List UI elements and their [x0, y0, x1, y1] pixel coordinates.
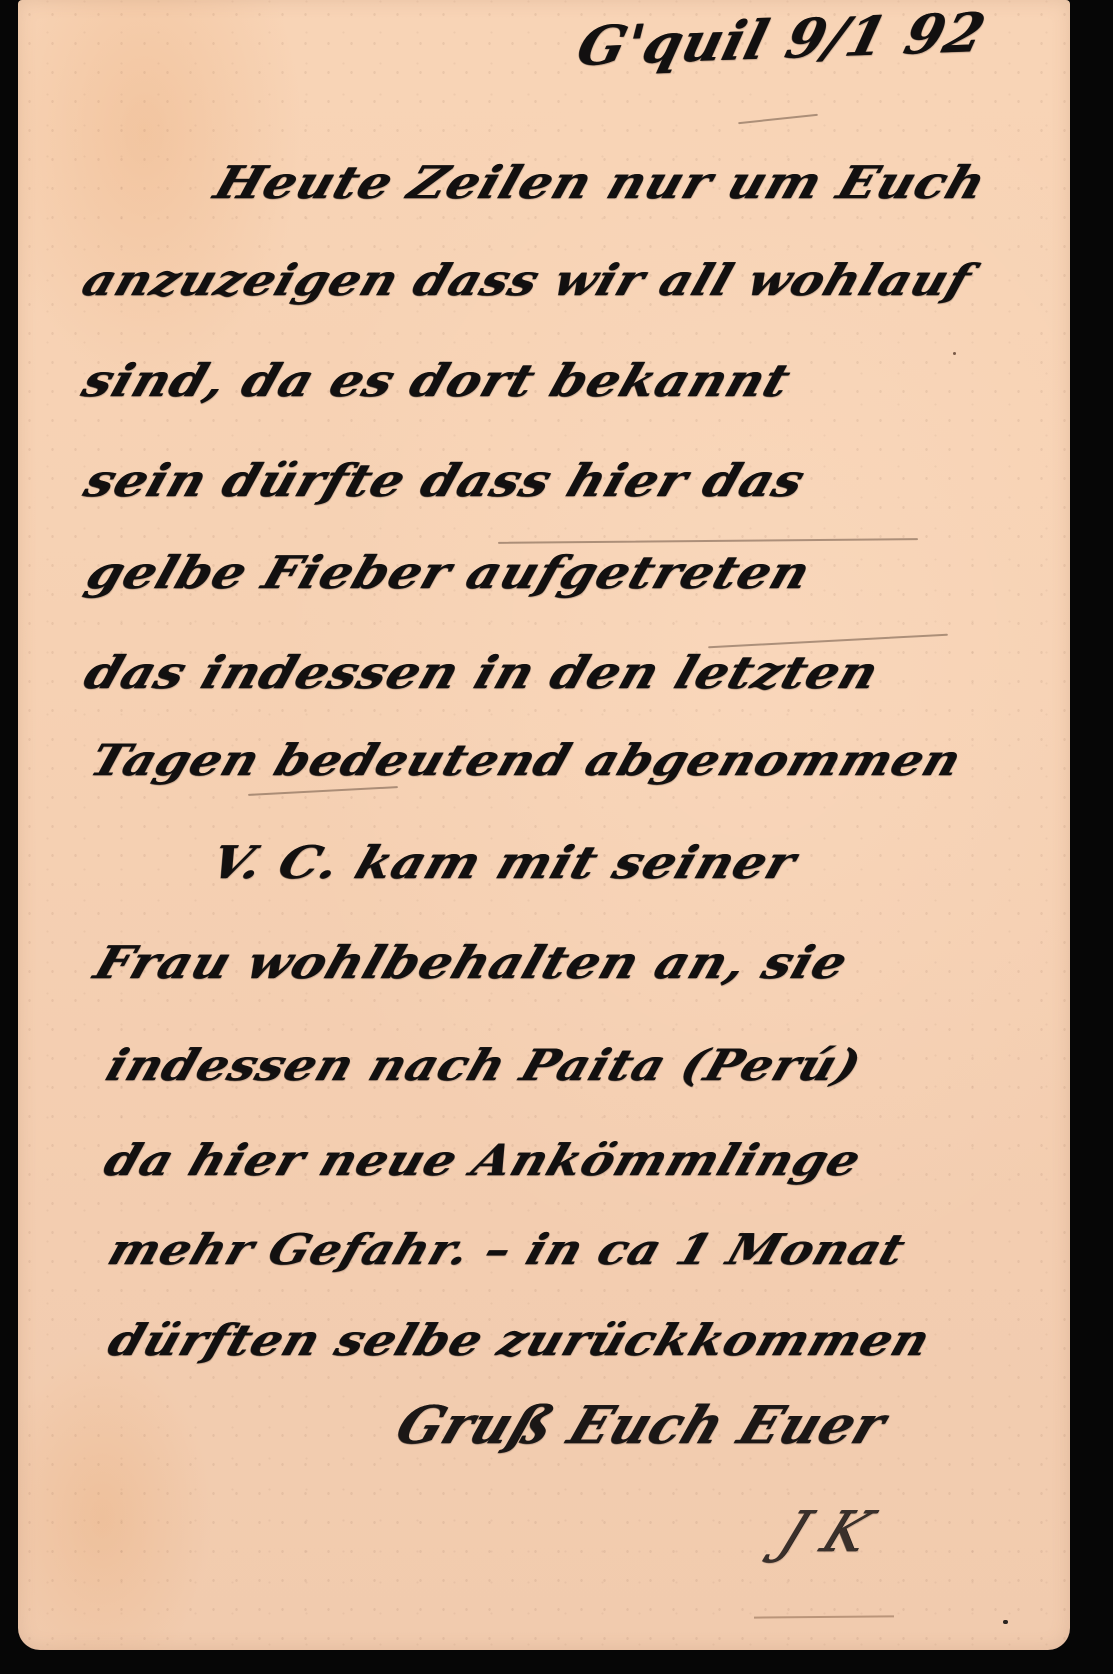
postcard-paper: G'quil 9/1 92 Heute Zeilen nur um Euch a… [18, 0, 1070, 1650]
umlaut-stroke [738, 114, 818, 124]
letter-line-3: sind, da es dort bekannt [76, 354, 797, 407]
letter-line-4: sein dürfte dass hier das [78, 454, 812, 507]
letter-line-13: dürften selbe zurückkommen [102, 1316, 937, 1366]
signature-initials: J K [770, 1500, 881, 1565]
letter-line-12: mehr Gefahr. – in ca 1 Monat [102, 1226, 912, 1276]
letter-line-5: gelbe Fieber aufgetreten [80, 546, 818, 599]
letter-line-8: V. C. kam mit seiner [204, 836, 803, 889]
letter-line-9: Frau wohlbehalten an, sie [88, 936, 855, 989]
place-date-heading: G'quil 9/1 92 [571, 0, 992, 78]
letter-line-6: das indessen in den letzten [78, 646, 886, 699]
ink-speck [953, 352, 956, 355]
letter-line-2: anzuzeigen dass wir all wohlauf [76, 256, 978, 306]
ruled-stroke [754, 1615, 894, 1618]
crossbar-stroke [498, 538, 918, 544]
letter-line-10: indessen nach Paita (Perú) [100, 1041, 868, 1091]
crossbar-stroke [248, 786, 398, 796]
letter-line-11: da hier neue Ankömmlinge [98, 1136, 867, 1186]
letter-line-7: Tagen bedeutend abgenommen [84, 736, 968, 786]
scanned-postcard: G'quil 9/1 92 Heute Zeilen nur um Euch a… [0, 0, 1113, 1674]
letter-line-1: Heute Zeilen nur um Euch [208, 156, 993, 209]
closing-greeting: Gruß Euch Euer [388, 1395, 894, 1456]
ink-speck [1003, 1620, 1008, 1624]
